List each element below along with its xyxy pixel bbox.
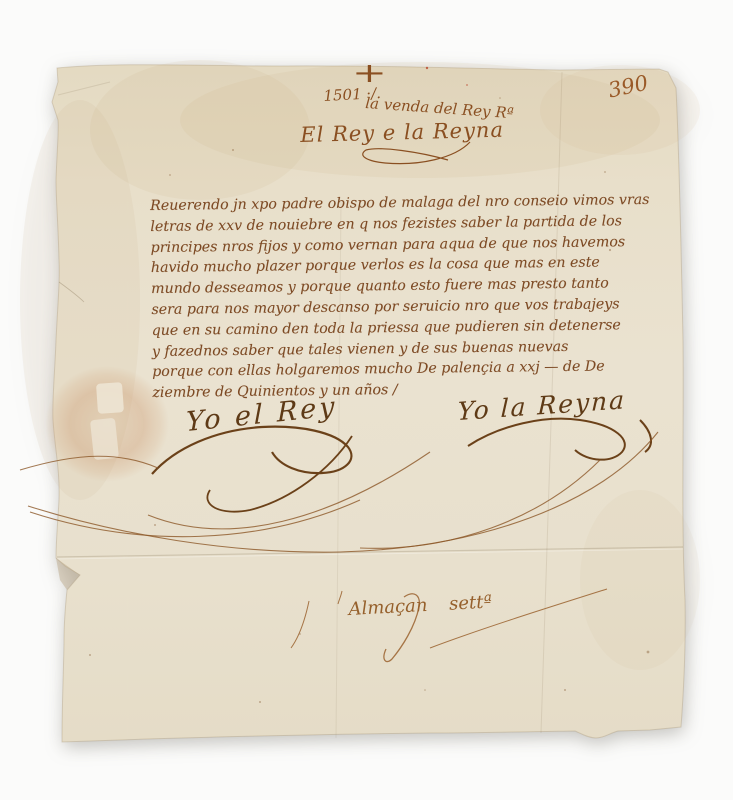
red-speck [426,67,428,69]
red-speck [466,84,468,86]
repair-patch [90,418,119,460]
repair-patch [96,382,124,414]
photo-background: + 1501 ·/. la venda del Rey Rª 390 El Re… [0,0,733,800]
aging-wash-right [580,490,700,670]
letter-body: Reuerendo jn xpo padre obispo de malaga … [150,190,652,404]
